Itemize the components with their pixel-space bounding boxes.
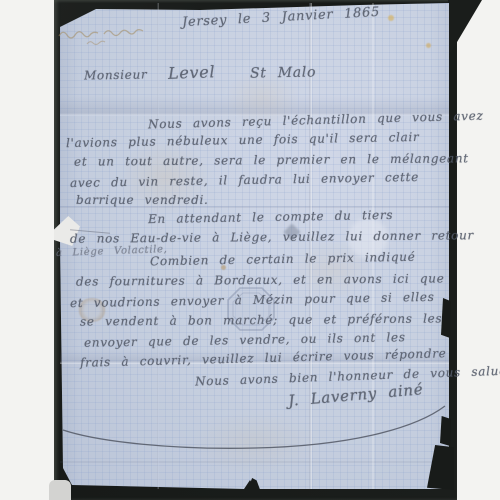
paper-fragment-bottom-left: [49, 480, 71, 500]
signature-flourish: [55, 400, 450, 455]
letter-photograph: Jersey le 3 Janvier 1865 Monsieur Level …: [0, 0, 500, 500]
handwriting-line: barrique vendredi.: [76, 193, 209, 207]
addressee-name: Level: [168, 62, 216, 83]
ink-offset-scribble: [57, 26, 162, 48]
addressee-salutation: Monsieur: [84, 67, 148, 82]
addressee-place: St Malo: [250, 64, 316, 81]
mat-top-right-wedge: [448, 0, 482, 56]
